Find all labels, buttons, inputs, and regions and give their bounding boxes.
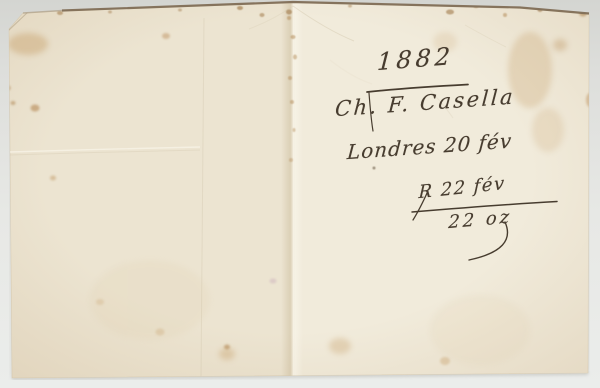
center-fold (281, 3, 303, 377)
paper-artwork (0, 0, 600, 388)
photo-of-aged-letter: 1882 Ch. F. Casella Londres 20 fév R 22 … (0, 0, 600, 388)
